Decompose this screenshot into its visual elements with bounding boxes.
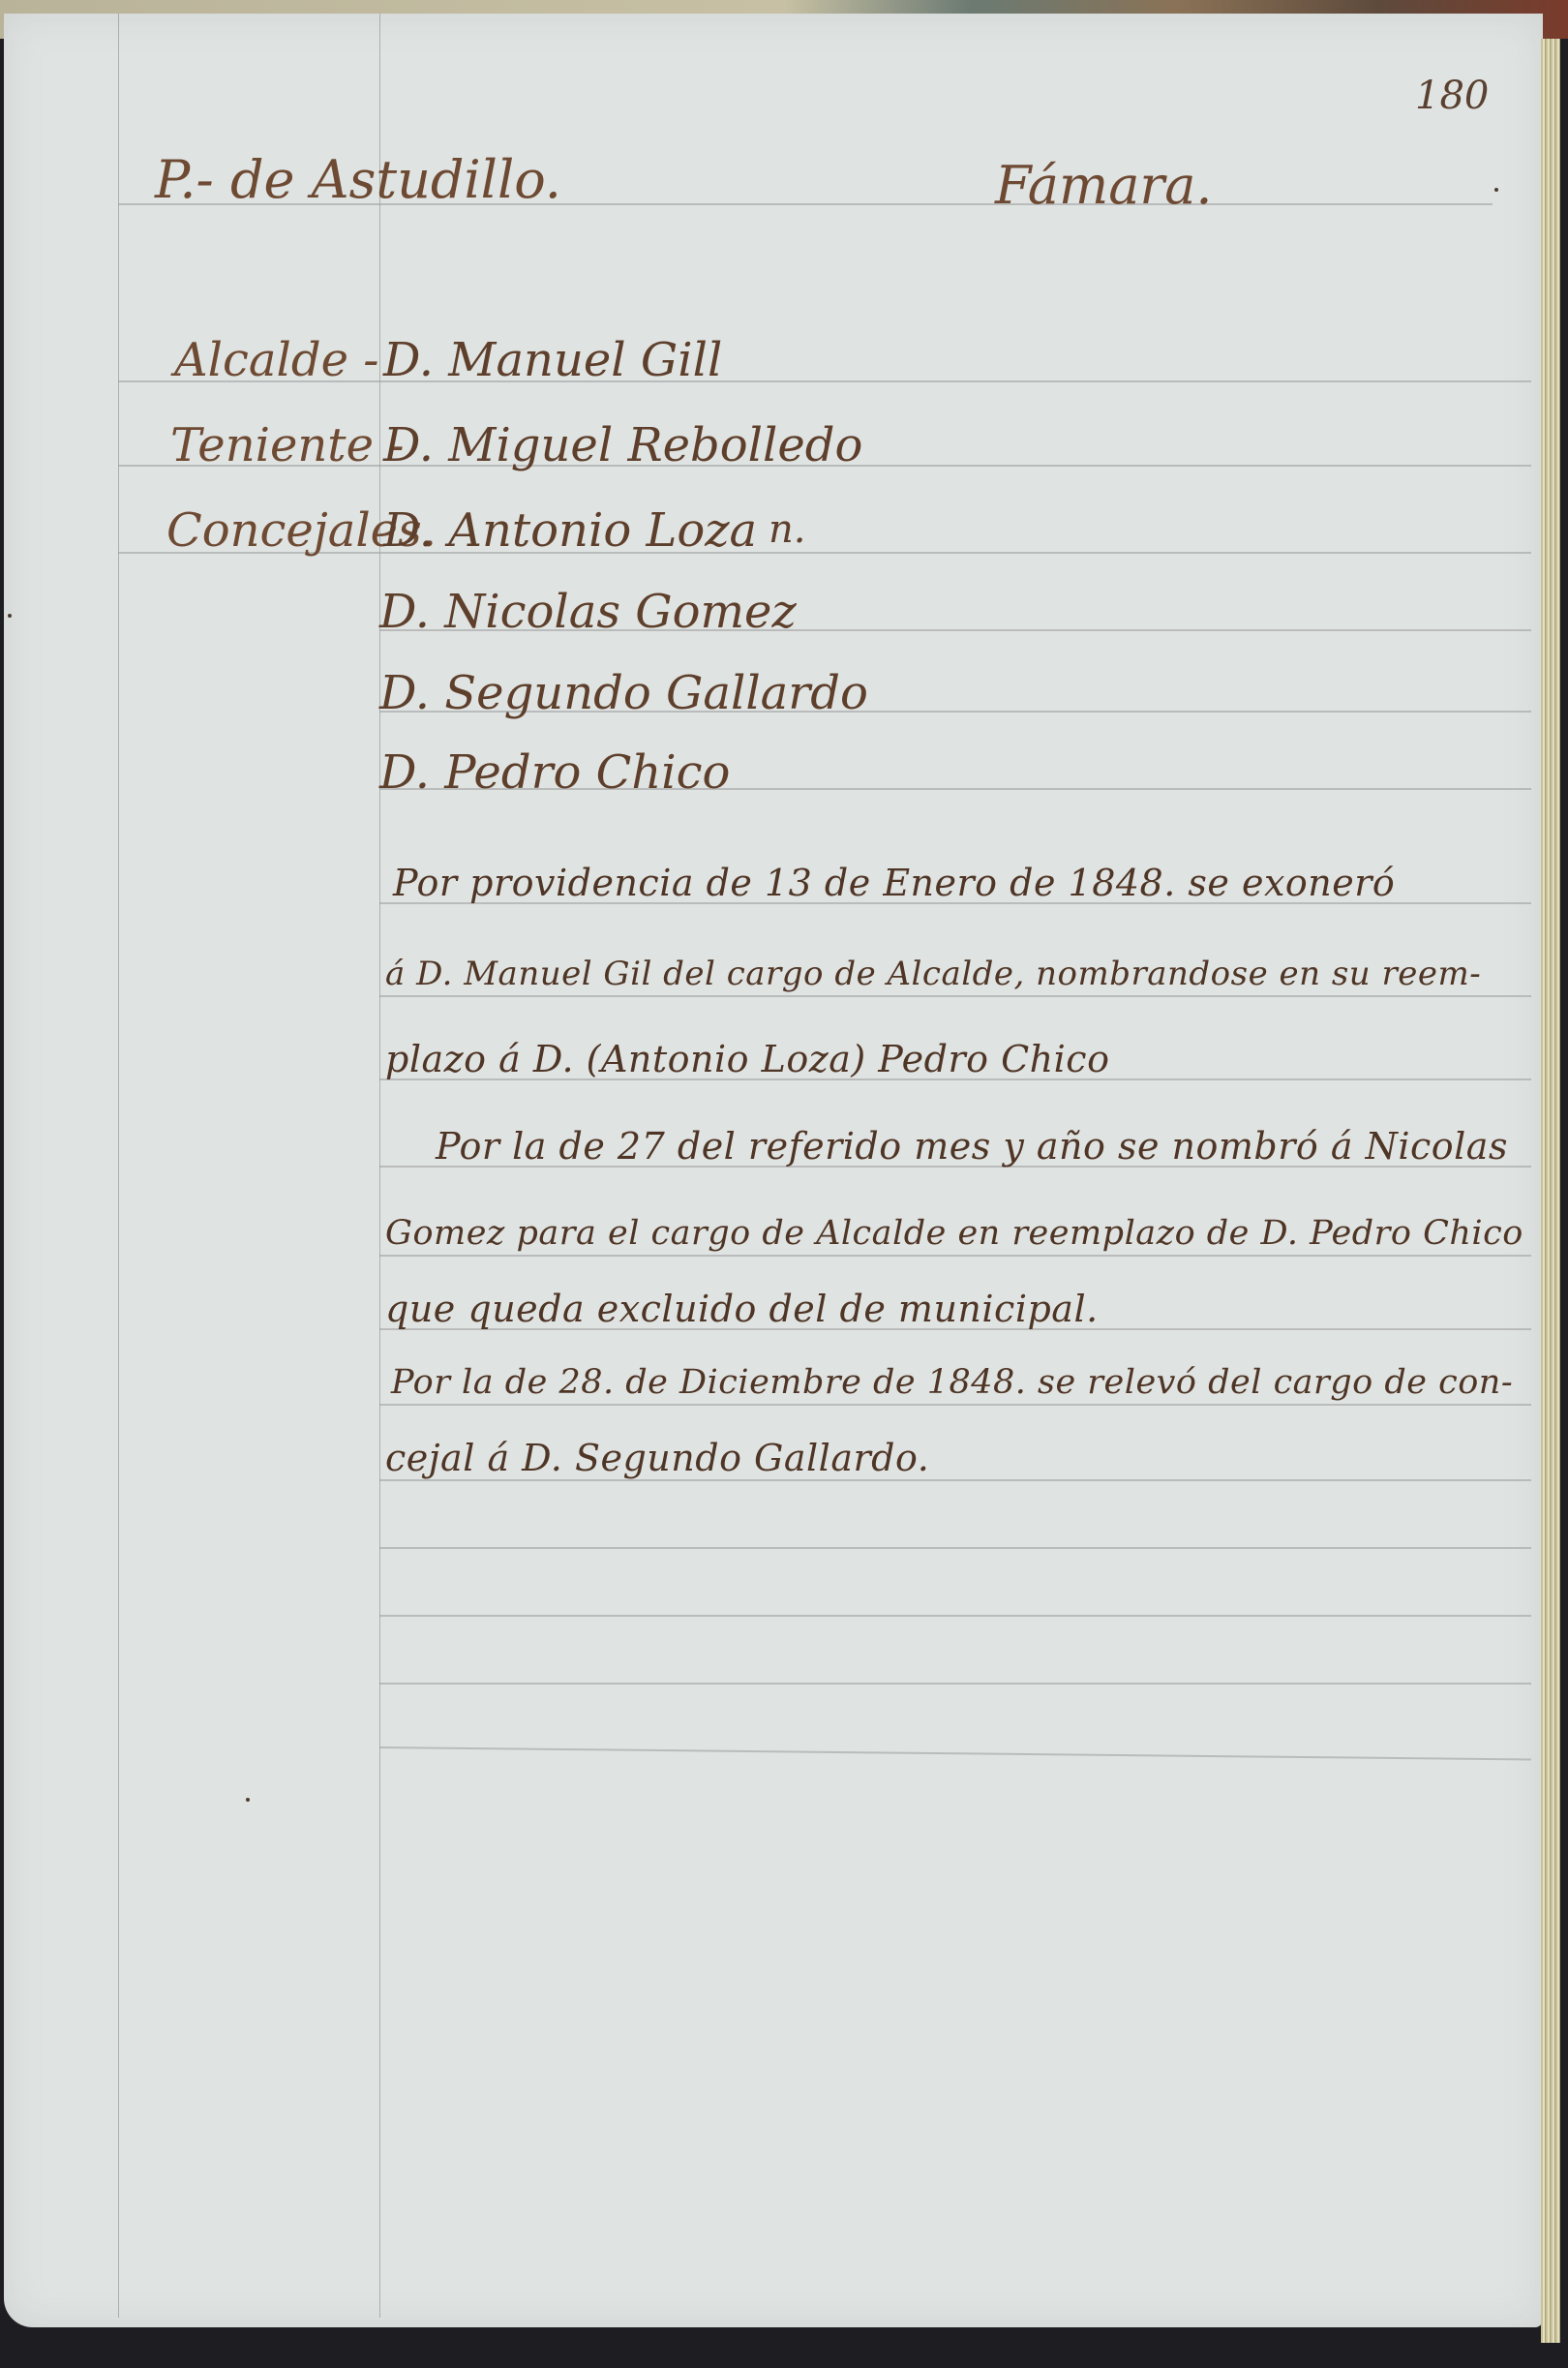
- official-name: D. Manuel Gill: [383, 333, 722, 387]
- entry-line: cejal á D. Segundo Gallardo.: [385, 1437, 929, 1479]
- role-alcalde: Alcalde -: [174, 333, 378, 387]
- entry-line: que queda excluido del de municipal.: [385, 1288, 1099, 1330]
- ink-speck: [8, 614, 12, 618]
- ink-speck: [246, 1798, 250, 1802]
- official-name: D. Miguel Rebolledo: [383, 418, 862, 472]
- role-teniente: Teniente -: [170, 418, 404, 472]
- district-title: Fámara.: [995, 155, 1213, 216]
- official-name: D. Antonio Loza: [383, 503, 757, 558]
- ruled-line: [379, 1683, 1531, 1685]
- entry-line: Por la de 27 del referido mes y año se n…: [436, 1125, 1508, 1168]
- ruled-line: [379, 1255, 1531, 1257]
- folio-number: 180: [1415, 74, 1489, 118]
- official-name: D. Nicolas Gomez: [379, 585, 797, 639]
- ruled-line: [379, 995, 1531, 997]
- ruled-line: [379, 1404, 1531, 1406]
- entry-line: Gomez para el cargo de Alcalde en reempl…: [385, 1214, 1523, 1253]
- page-edges: [1541, 39, 1560, 2343]
- ruled-line: [379, 1547, 1531, 1549]
- manuscript-page: 180 P.- de Astudillo. Fámara. Alcalde - …: [4, 14, 1543, 2327]
- entry-line: plazo á D. (Antonio Loza) Pedro Chico: [385, 1038, 1109, 1080]
- entry-line: á D. Manuel Gil del cargo de Alcalde, no…: [385, 955, 1481, 993]
- ruled-line: [379, 1615, 1531, 1617]
- ruled-line: [379, 1479, 1531, 1481]
- entry-line: Por la de 28. de Diciembre de 1848. se r…: [391, 1363, 1513, 1402]
- ruled-line: [379, 1746, 1531, 1760]
- town-title: P.- de Astudillo.: [155, 149, 561, 210]
- margin-note: n.: [769, 507, 805, 552]
- official-name: D. Segundo Gallardo: [379, 666, 868, 720]
- official-name: D. Pedro Chico: [379, 745, 730, 800]
- entry-line: Por providencia de 13 de Enero de 1848. …: [393, 862, 1395, 904]
- ink-speck: [1494, 188, 1498, 192]
- outer-margin-rule: [118, 14, 119, 2318]
